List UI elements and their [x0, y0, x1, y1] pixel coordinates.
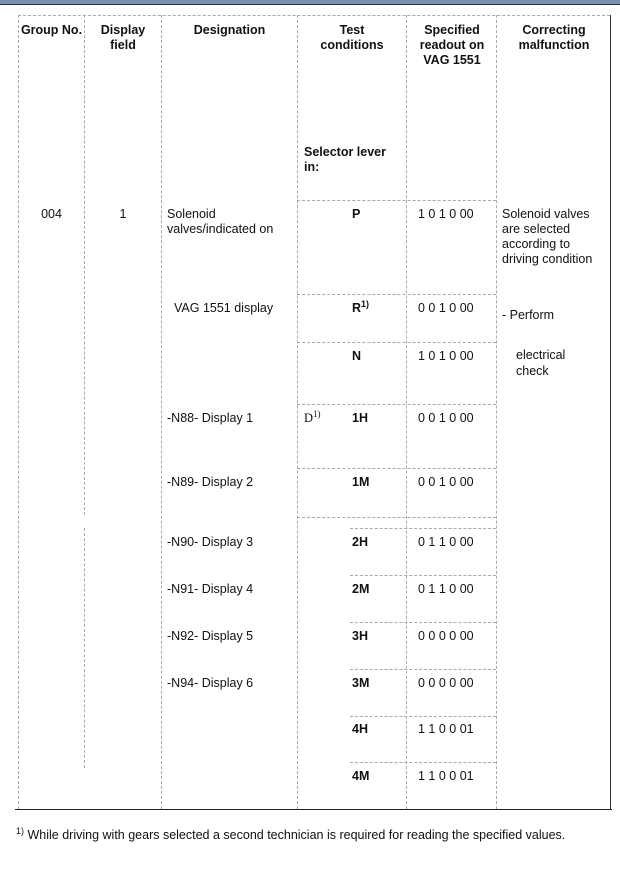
- col-sep-1: [84, 15, 85, 515]
- correcting-perform: - Perform: [502, 308, 554, 323]
- row-sep: [297, 294, 496, 295]
- selector-4m: 4M: [352, 769, 369, 784]
- col-sep-4: [406, 15, 407, 809]
- selector-3h: 3H: [352, 629, 368, 644]
- row-sep: [297, 468, 496, 469]
- selector-n: N: [352, 349, 361, 364]
- drive-label: D1): [304, 411, 321, 426]
- group-no-value: 004: [19, 207, 84, 222]
- selector-r-label: R: [352, 301, 361, 315]
- header-designation: Designation: [162, 23, 297, 38]
- row-sep: [297, 517, 496, 518]
- designation-n91: -N91- Display 4: [167, 582, 253, 597]
- designation-n88: -N88- Display 1: [167, 411, 253, 426]
- row-sep: [297, 342, 496, 343]
- selector-3m: 3M: [352, 676, 369, 691]
- selector-2h: 2H: [352, 535, 368, 550]
- table-bottom-border: [15, 809, 612, 810]
- readout-3h: 0 0 0 0 00: [418, 629, 474, 644]
- table-left-border: [18, 15, 19, 809]
- designation-n90: -N90- Display 3: [167, 535, 253, 550]
- correcting-line-1: Solenoid valves: [502, 207, 590, 222]
- selector-1m: 1M: [352, 475, 369, 490]
- correcting-line-2: are selected: [502, 222, 570, 237]
- header-group-no: Group No.: [19, 23, 84, 38]
- readout-2m: 0 1 1 0 00: [418, 582, 474, 597]
- designation-n94: -N94- Display 6: [167, 676, 253, 691]
- readout-1h: 0 0 1 0 00: [418, 411, 474, 426]
- selector-2m: 2M: [352, 582, 369, 597]
- selector-p: P: [352, 207, 360, 222]
- row-sep: [350, 716, 496, 717]
- footnote-text: While driving with gears selected a seco…: [24, 828, 565, 842]
- correcting-line-4: driving condition: [502, 252, 592, 267]
- designation-sub: VAG 1551 display: [174, 301, 273, 316]
- designation-n89: -N89- Display 2: [167, 475, 253, 490]
- selector-r: R1): [352, 301, 369, 316]
- correcting-line-3: according to: [502, 237, 570, 252]
- footnote-mark: 1): [16, 826, 24, 836]
- readout-2h: 0 1 1 0 00: [418, 535, 474, 550]
- header-display-field: Display field: [88, 23, 158, 53]
- row-sep: [350, 669, 496, 670]
- header-specified-readout: Specified readout on VAG 1551: [408, 23, 496, 68]
- row-sep: [350, 622, 496, 623]
- col-sep-2: [161, 15, 162, 809]
- row-sep: [350, 575, 496, 576]
- selector-4h: 4H: [352, 722, 368, 737]
- footnote-mark: 1): [313, 409, 321, 419]
- footnote: 1) While driving with gears selected a s…: [16, 828, 606, 843]
- designation-main: Solenoid valves/indicated on: [167, 207, 292, 237]
- designation-n92: -N92- Display 5: [167, 629, 253, 644]
- selector-lever-label: Selector lever in:: [304, 145, 399, 175]
- drive-letter: D: [304, 411, 313, 425]
- readout-p: 1 0 1 0 00: [418, 207, 474, 222]
- header-correcting-malfunction: Correcting malfunction: [498, 23, 610, 53]
- document-page: Group No. Display field Designation Test…: [0, 0, 620, 881]
- row-sep: [350, 528, 496, 529]
- col-sep-1b: [84, 528, 85, 768]
- footnote-mark: 1): [361, 299, 369, 309]
- readout-n: 1 0 1 0 00: [418, 349, 474, 364]
- row-sep: [297, 404, 496, 405]
- selector-1h: 1H: [352, 411, 368, 426]
- correcting-electrical: electrical: [516, 348, 565, 363]
- table-top-border: [18, 15, 610, 16]
- readout-r: 0 0 1 0 00: [418, 301, 474, 316]
- readout-4h: 1 1 0 0 01: [418, 722, 474, 737]
- display-field-value: 1: [85, 207, 161, 222]
- readout-1m: 0 0 1 0 00: [418, 475, 474, 490]
- table-right-border: [610, 15, 611, 809]
- header-test-conditions: Test conditions: [312, 23, 392, 53]
- col-sep-5: [496, 15, 497, 809]
- readout-3m: 0 0 0 0 00: [418, 676, 474, 691]
- col-sep-3: [297, 15, 298, 809]
- readout-4m: 1 1 0 0 01: [418, 769, 474, 784]
- correcting-check: check: [516, 364, 549, 379]
- row-sep: [297, 200, 496, 201]
- row-sep: [350, 762, 496, 763]
